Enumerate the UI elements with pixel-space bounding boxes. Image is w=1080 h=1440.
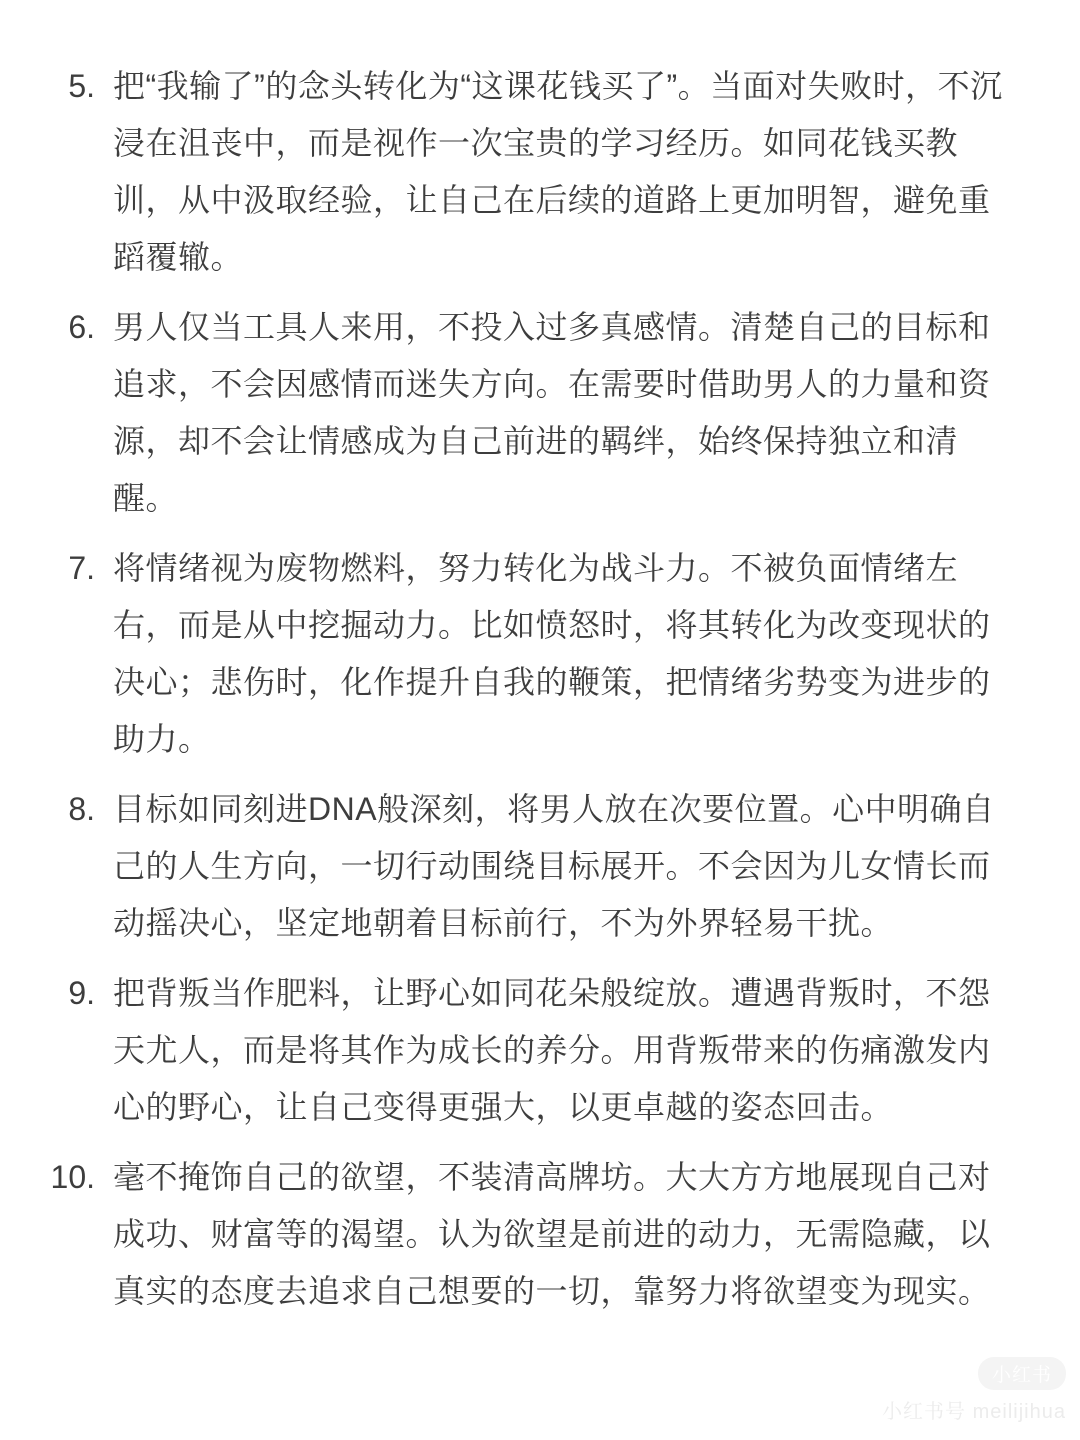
xiaohongshu-badge: 小红书 <box>978 1357 1066 1390</box>
list-item: 9. 把背叛当作肥料，让野心如同花朵般绽放。遭遇背叛时，不怨天尤人，而是将其作为… <box>0 965 1080 1136</box>
watermark-account-id: 小红书号 meilijihua <box>882 1395 1066 1424</box>
list-item: 10. 毫不掩饰自己的欲望，不装清高牌坊。大大方方地展现自己对成功、财富等的渴望… <box>0 1149 1080 1320</box>
item-text: 把“我输了”的念头转化为“这课花钱买了”。当面对失败时，不沉浸在沮丧中，而是视作… <box>113 58 1013 286</box>
item-text: 将情绪视为废物燃料，努力转化为战斗力。不被负面情绪左右，而是从中挖掘动力。比如愤… <box>113 540 1013 768</box>
item-number: 8. <box>0 781 95 838</box>
list-item: 6. 男人仅当工具人来用，不投入过多真感情。清楚自己的目标和追求，不会因感情而迷… <box>0 299 1080 527</box>
list-item: 5. 把“我输了”的念头转化为“这课花钱买了”。当面对失败时，不沉浸在沮丧中，而… <box>0 58 1080 286</box>
item-number: 10. <box>0 1149 95 1206</box>
item-text: 毫不掩饰自己的欲望，不装清高牌坊。大大方方地展现自己对成功、财富等的渴望。认为欲… <box>113 1149 1013 1320</box>
list-item: 8. 目标如同刻进DNA般深刻，将男人放在次要位置。心中明确自己的人生方向，一切… <box>0 781 1080 952</box>
watermark: 小红书 小红书号 meilijihua <box>882 1357 1066 1424</box>
item-text: 目标如同刻进DNA般深刻，将男人放在次要位置。心中明确自己的人生方向，一切行动围… <box>113 781 1013 952</box>
numbered-list: 5. 把“我输了”的念头转化为“这课花钱买了”。当面对失败时，不沉浸在沮丧中，而… <box>0 0 1080 1320</box>
item-text: 把背叛当作肥料，让野心如同花朵般绽放。遭遇背叛时，不怨天尤人，而是将其作为成长的… <box>113 965 1013 1136</box>
item-text: 男人仅当工具人来用，不投入过多真感情。清楚自己的目标和追求，不会因感情而迷失方向… <box>113 299 1013 527</box>
item-number: 9. <box>0 965 95 1022</box>
item-number: 6. <box>0 299 95 356</box>
list-item: 7. 将情绪视为废物燃料，努力转化为战斗力。不被负面情绪左右，而是从中挖掘动力。… <box>0 540 1080 768</box>
item-number: 7. <box>0 540 95 597</box>
document-page: 5. 把“我输了”的念头转化为“这课花钱买了”。当面对失败时，不沉浸在沮丧中，而… <box>0 0 1080 1440</box>
item-number: 5. <box>0 58 95 115</box>
